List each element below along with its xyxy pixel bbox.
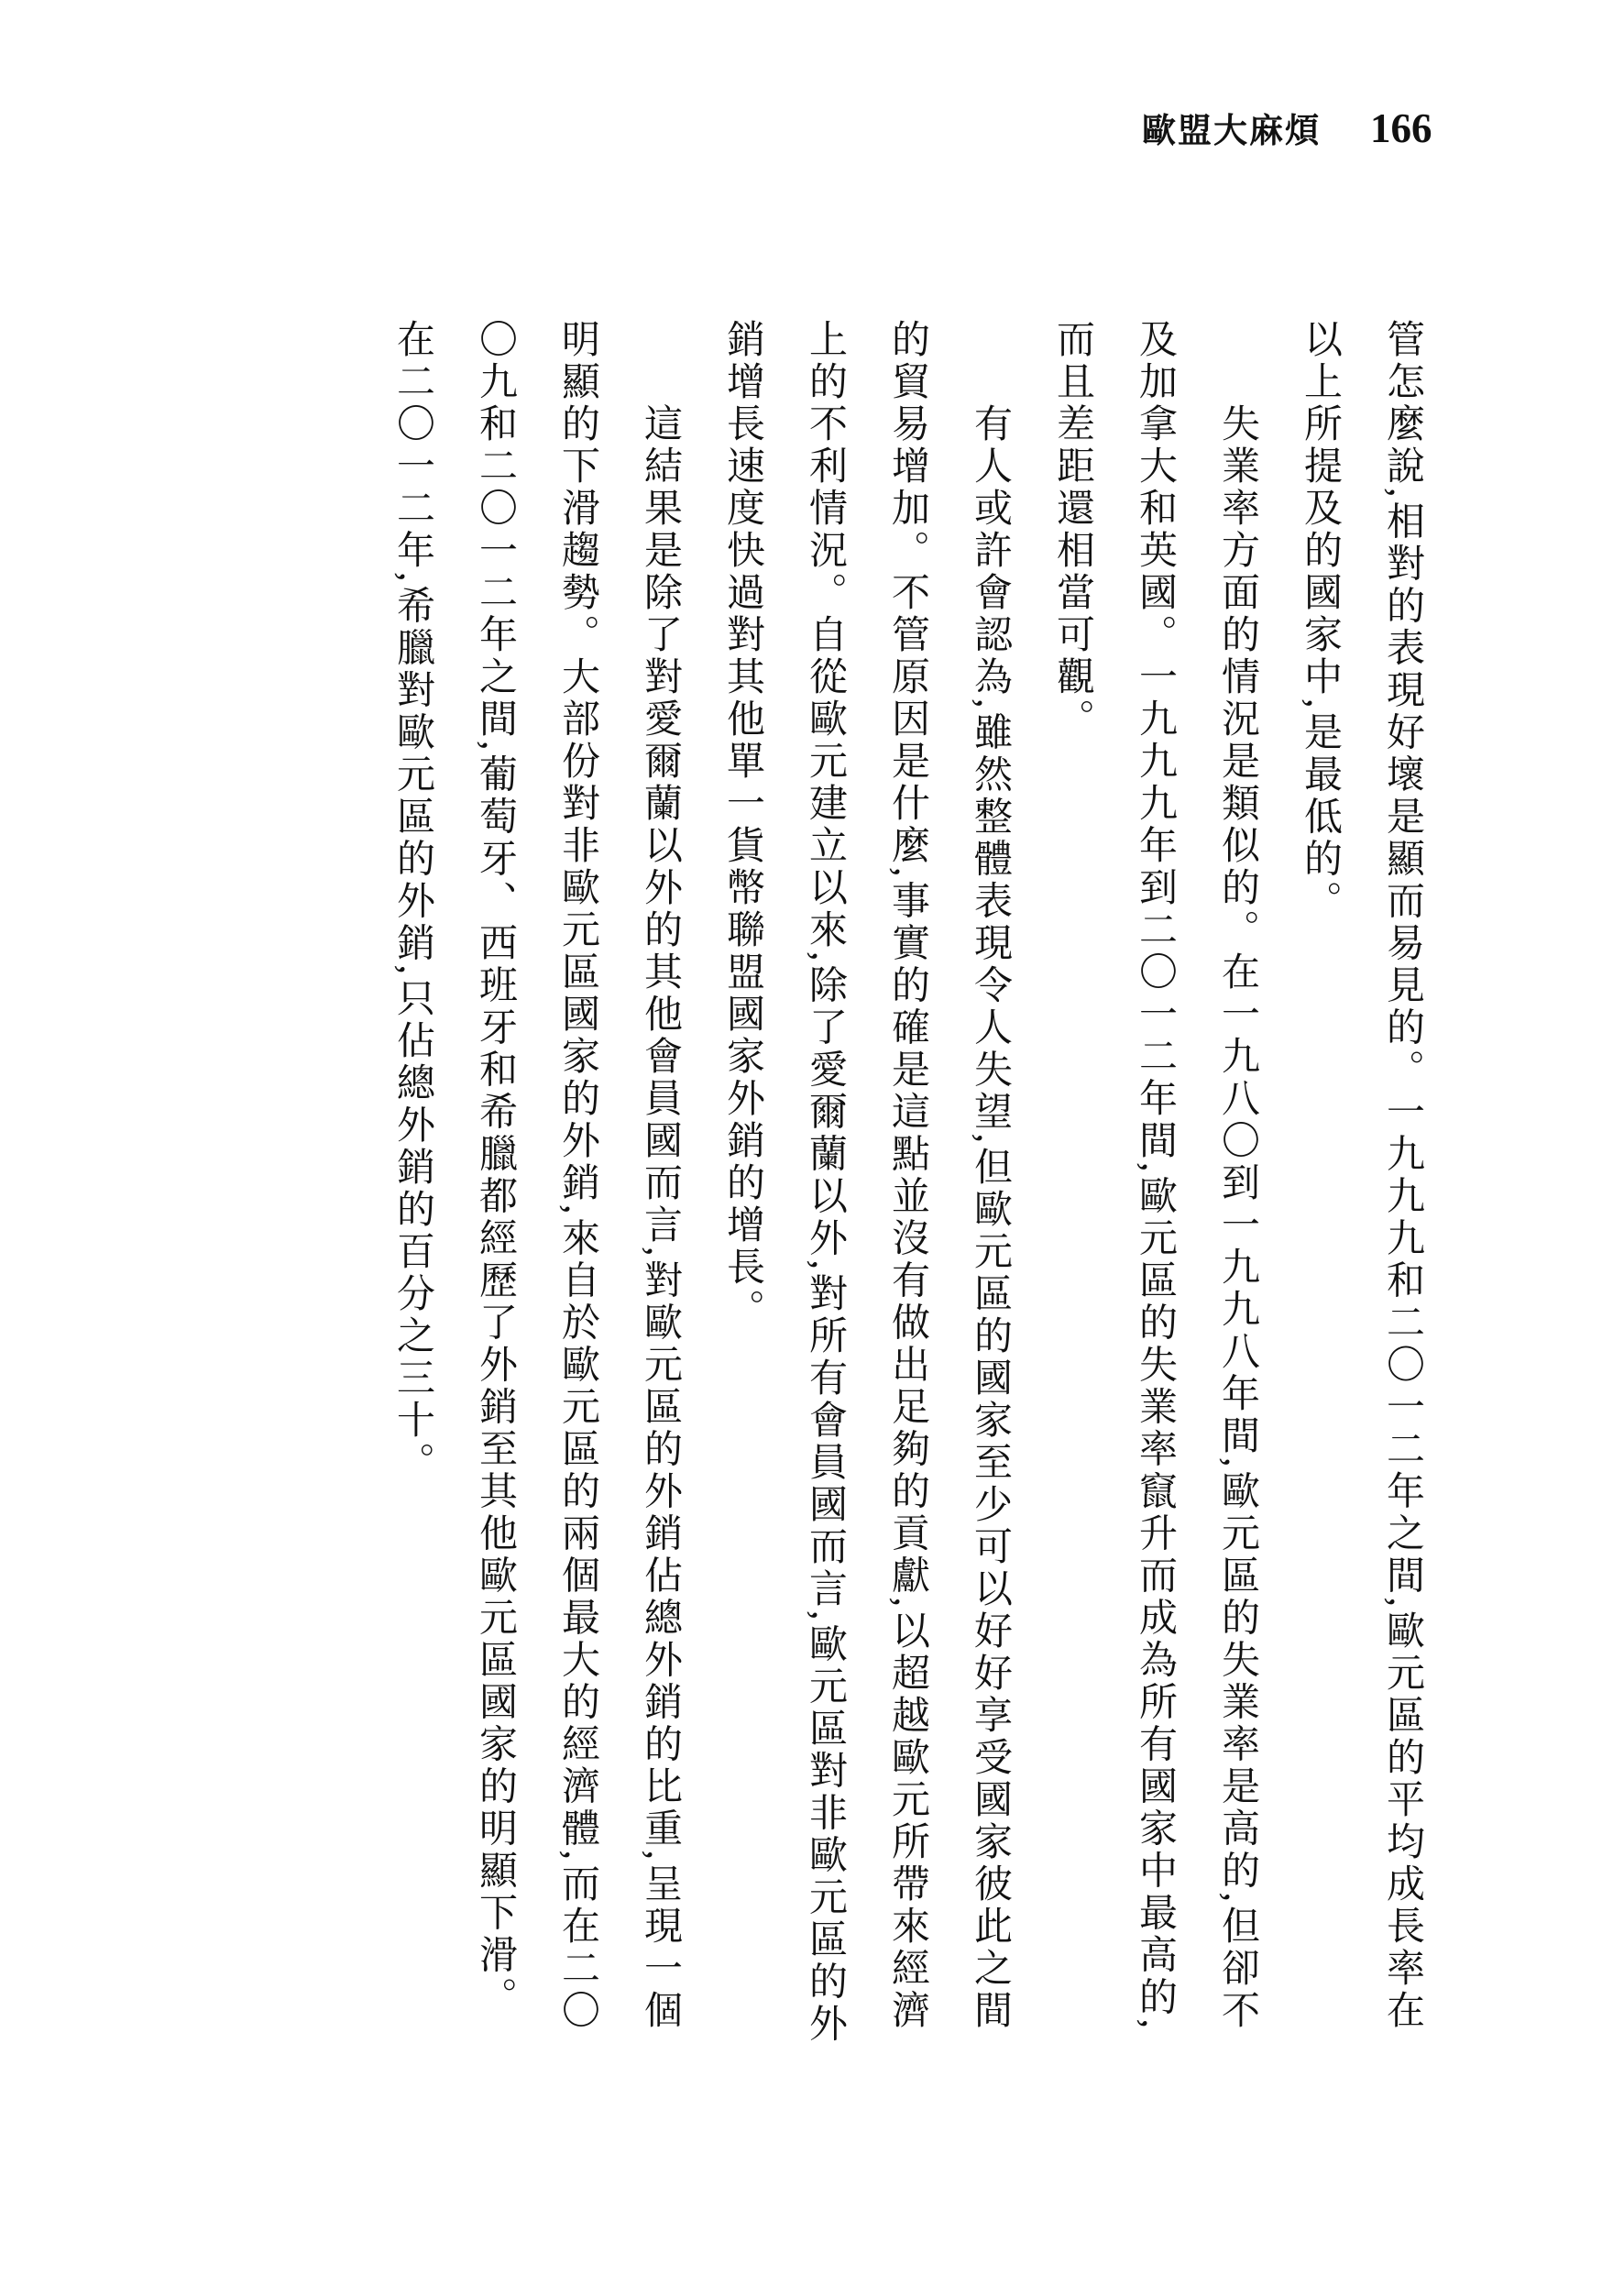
page-number: 166 [1370,104,1432,152]
paragraph: 有人或許會認為,雖然整體表現令人失望,但歐元區的國家至少可以好好享受國家彼此之間… [701,319,1031,2051]
paragraph: 管怎麼說,相對的表現好壞是顯而易見的。一九九九和二〇一二年之間,歐元區的平均成長… [1278,319,1443,2051]
paragraph: 失業率方面的情況是類似的。在一九八〇到一九九八年間,歐元區的失業率是高的,但卻不… [1031,319,1278,2051]
chapter-title: 歐盟大麻煩 [1142,103,1321,152]
body-text-block: 管怎麼說,相對的表現好壞是顯而易見的。一九九九和二〇一二年之間,歐元區的平均成長… [298,319,1443,2051]
book-page: 歐盟大麻煩 166 管怎麼說,相對的表現好壞是顯而易見的。一九九九和二〇一二年之… [0,0,1624,2274]
paragraph: 這結果是除了對愛爾蘭以外的其他會員國而言,對歐元區的外銷佔總外銷的比重,呈現一個… [371,319,701,2051]
running-header: 歐盟大麻煩 166 [1142,103,1432,152]
